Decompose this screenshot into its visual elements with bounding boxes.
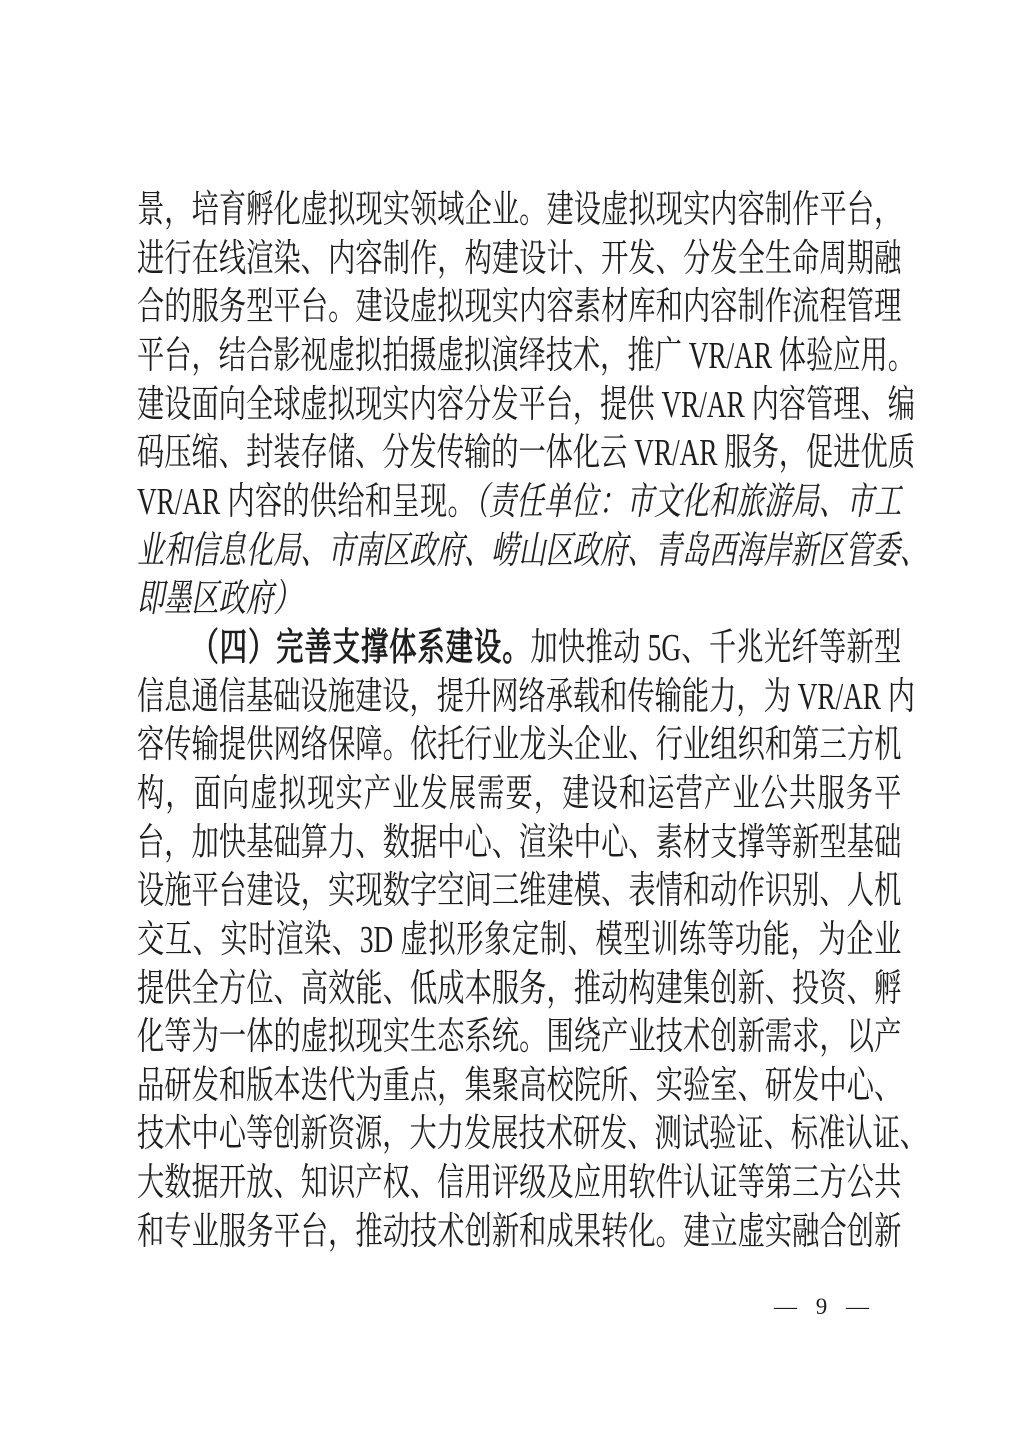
body-text-segment: 化等为一体的虚拟现实生态系统。围绕产业技术创新需求，以产 <box>137 1016 901 1058</box>
body-text-segment: 加快推动 5G、千兆光纤等新型 <box>531 627 902 669</box>
responsibility-unit-segment: 业和信息化局、市南区政府、崂山区政府、青岛西海岸新区管委、 <box>137 530 927 572</box>
body-text-segment: 技术中心等创新资源，大力发展技术研发、测试验证、标准认证、 <box>137 1113 927 1155</box>
text-line: 容传输提供网络保障。依托行业龙头企业、行业组织和第三方机 <box>137 721 901 770</box>
text-line: 化等为一体的虚拟现实生态系统。围绕产业技术创新需求，以产 <box>137 1013 901 1062</box>
body-text-segment: 信息通信基础设施建设，提升网络承载和传输能力，为 VR/AR 内 <box>137 676 915 718</box>
text-line: 码压缩、封装存储、分发传输的一体化云 VR/AR 服务，促进优质 <box>137 429 901 478</box>
body-text-segment: 平台，结合影视虚拟拍摄虚拟演绎技术，推广 VR/AR 体验应用。 <box>137 335 915 377</box>
text-line: 平台，结合影视虚拟拍摄虚拟演绎技术，推广 VR/AR 体验应用。 <box>137 332 901 381</box>
text-line: 进行在线渲染、内容制作，构建设计、开发、分发全生命周期融 <box>137 235 901 284</box>
text-line: 业和信息化局、市南区政府、崂山区政府、青岛西海岸新区管委、 <box>137 527 901 576</box>
body-text-segment: 合的服务型平台。建设虚拟现实内容素材库和内容制作流程管理 <box>137 286 901 328</box>
text-line: 设施平台建设，实现数字空间三维建模、表情和动作识别、人机 <box>137 867 901 916</box>
body-text-segment: 码压缩、封装存储、分发传输的一体化云 VR/AR 服务，促进优质 <box>137 432 915 474</box>
body-text-segment: 建设面向全球虚拟现实内容分发平台，提供 VR/AR 内容管理、编 <box>137 384 915 426</box>
body-text-segment: VR/AR 内容的供给和呈现。 <box>137 481 475 523</box>
text-line: 构，面向虚拟现实产业发展需要，建设和运营产业公共服务平 <box>137 770 901 819</box>
text-line: 技术中心等创新资源，大力发展技术研发、测试验证、标准认证、 <box>137 1110 901 1159</box>
document-page: 景，培育孵化虚拟现实领域企业。建设虚拟现实内容制作平台，进行在线渲染、内容制作，… <box>0 0 1024 1447</box>
body-text-segment: 进行在线渲染、内容制作，构建设计、开发、分发全生命周期融 <box>137 238 901 280</box>
page-number: — 9 — <box>774 1294 872 1320</box>
body-text-segment: 设施平台建设，实现数字空间三维建模、表情和动作识别、人机 <box>137 870 901 912</box>
body-text-segment: 构，面向虚拟现实产业发展需要，建设和运营产业公共服务平 <box>137 773 901 815</box>
text-line: 品研发和版本迭代为重点，集聚高校院所、实验室、研发中心、 <box>137 1062 901 1111</box>
text-line: 景，培育孵化虚拟现实领域企业。建设虚拟现实内容制作平台， <box>137 186 901 235</box>
text-line: 合的服务型平台。建设虚拟现实内容素材库和内容制作流程管理 <box>137 283 901 332</box>
text-line: 信息通信基础设施建设，提升网络承载和传输能力，为 VR/AR 内 <box>137 673 901 722</box>
text-line: 即墨区政府） <box>137 575 901 624</box>
text-line: 提供全方位、高效能、低成本服务，推动构建集创新、投资、孵 <box>137 965 901 1014</box>
text-line: （四）完善支撑体系建设。加快推动 5G、千兆光纤等新型 <box>137 624 901 673</box>
body-text-segment: 提供全方位、高效能、低成本服务，推动构建集创新、投资、孵 <box>137 968 901 1010</box>
body-text-segment: 品研发和版本迭代为重点，集聚高校院所、实验室、研发中心、 <box>137 1065 901 1107</box>
text-line: 和专业服务平台，推动技术创新和成果转化。建立虚实融合创新 <box>137 1208 901 1257</box>
text-line: VR/AR 内容的供给和呈现。（责任单位：市文化和旅游局、市工 <box>137 478 901 527</box>
responsibility-unit-segment: （责任单位：市文化和旅游局、市工 <box>475 481 901 523</box>
body-text-segment: 大数据开放、知识产权、信用评级及应用软件认证等第三方公共 <box>137 1162 901 1204</box>
responsibility-unit-segment: 即墨区政府） <box>137 578 300 620</box>
body-text-segment: 台，加快基础算力、数据中心、渲染中心、素材支撑等新型基础 <box>137 822 901 864</box>
body-text-segment: 容传输提供网络保障。依托行业龙头企业、行业组织和第三方机 <box>137 724 901 766</box>
text-line: 台，加快基础算力、数据中心、渲染中心、素材支撑等新型基础 <box>137 819 901 868</box>
text-line: 大数据开放、知识产权、信用评级及应用软件认证等第三方公共 <box>137 1159 901 1208</box>
text-line: 建设面向全球虚拟现实内容分发平台，提供 VR/AR 内容管理、编 <box>137 381 901 430</box>
body-text-segment: 交互、实时渲染、3D 虚拟形象定制、模型训练等功能，为企业 <box>137 919 901 961</box>
body-text-segment: 和专业服务平台，推动技术创新和成果转化。建立虚实融合创新 <box>137 1211 901 1253</box>
section-heading-segment: （四）完善支撑体系建设。 <box>191 627 530 669</box>
document-body: 景，培育孵化虚拟现实领域企业。建设虚拟现实内容制作平台，进行在线渲染、内容制作，… <box>137 186 1024 1256</box>
text-line: 交互、实时渲染、3D 虚拟形象定制、模型训练等功能，为企业 <box>137 916 901 965</box>
body-text-segment: 景，培育孵化虚拟现实领域企业。建设虚拟现实内容制作平台， <box>137 189 901 231</box>
